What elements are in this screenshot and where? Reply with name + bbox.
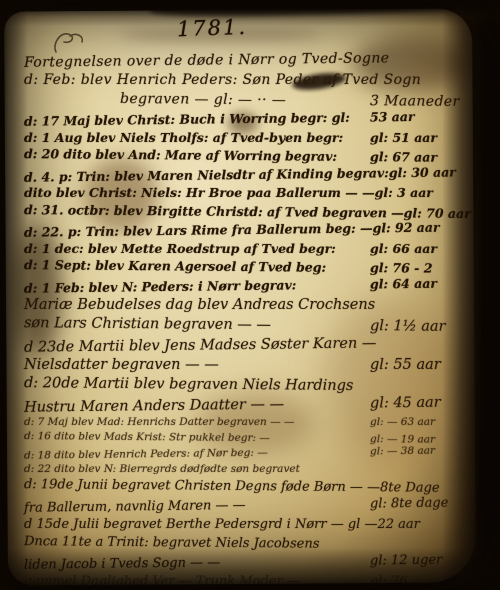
line-age (370, 390, 466, 391)
register-entries: Fortegnelsen over de døde i Nørr og Tved… (24, 50, 466, 590)
line-text: begraven — gl: — ·· — (120, 89, 370, 111)
register-line: Fortegnelsen over de døde i Nørr og Tved… (24, 47, 466, 72)
line-text: Nielsdatter begraven — — (24, 355, 370, 375)
line-age: 22 aar (377, 515, 473, 534)
line-age: gl: 51 aar (370, 129, 466, 148)
line-text: d. 4. p: Trin: blev Maren Nielsdtr af Ki… (24, 164, 389, 187)
register-line: d 23de Martii blev Jens Madses Søster Ka… (24, 332, 466, 357)
line-text: søn Lars Christian begraven — — (24, 313, 370, 336)
line-text: d: Feb: blev Henrich Peders: Søn Peder a… (24, 70, 421, 90)
register-line: d 15de Julii begravet Berthe Pedersgrd i… (24, 515, 466, 534)
line-text: d: 20de Martii blev begraven Niels Hardi… (24, 373, 370, 396)
line-text: d: 7 Maj blev Mad: Henrichs Datter begra… (24, 415, 370, 431)
line-text: d 15de Julii begravet Berthe Pedersgrd i… (24, 515, 377, 534)
line-age: gl: 92 aar (372, 218, 468, 238)
line-age: gl: 66 aar (370, 240, 466, 259)
line-text: d: 1 Aug blev Niels Tholfs: af Tved-byen… (24, 129, 370, 148)
line-age: gl: 8te dage (370, 493, 466, 513)
line-age (370, 548, 466, 549)
line-age: gl: — 38 aar (370, 443, 466, 460)
line-age: gl: 12 uger (370, 550, 466, 570)
line-age: gl: — 63 aar (370, 415, 466, 431)
line-text: Dnca 11te a Trinit: begravet Niels Jacob… (24, 532, 370, 554)
line-text: dito blev Christ: Niels: Hr Broe paa Bal… (24, 184, 375, 203)
register-line: d: Feb: blev Henrich Peders: Søn Peder a… (24, 70, 466, 90)
line-age: gl: 55 aar (370, 355, 466, 375)
register-line: dito blev Christ: Niels: Hr Broe paa Bal… (24, 184, 466, 203)
line-age: 53 aar (370, 107, 466, 127)
line-age: gl: 3 aar (375, 184, 471, 203)
line-age (376, 346, 472, 347)
line-text: d: 19de Junii begravet Christen Degns fø… (24, 475, 380, 497)
line-text: d: 1 Feb: blev N: Peders: i Nørr begrav: (24, 275, 370, 298)
line-text: gammel Daglighed Ver — Trunk Moder — (24, 572, 370, 590)
register-page-photo: 1781. Fortegnelsen over de døde i Nørr o… (0, 0, 500, 590)
register-line: d: 1 dec: blev Mette Roedstrup af Tved b… (24, 240, 466, 259)
line-text: d: 1 dec: blev Mette Roedstrup af Tved b… (24, 240, 370, 259)
register-line: d: 7 Maj blev Mad: Henrichs Datter begra… (24, 415, 466, 431)
line-text: d: 20 dito blev And: Mare af Worring beg… (24, 145, 370, 167)
line-age: gl: 76 (370, 572, 466, 590)
register-line: Mariæ Bebudelses dag blev Andreas Crochs… (24, 295, 466, 315)
line-text: Mariæ Bebudelses dag blev Andreas Crochs… (24, 295, 375, 315)
register-line: Hustru Maren Anders Daatter — —gl: 45 aa… (24, 392, 466, 417)
register-line: Nielsdatter begraven — —gl: 55 aar (24, 355, 466, 375)
line-age: gl: 64 aar (370, 274, 466, 294)
line-text: d: 1 Sept: blev Karen Agersoel af Tved b… (24, 256, 370, 278)
line-age: gl: 30 aar (389, 163, 485, 183)
register-line: d: 1 Aug blev Niels Tholfs: af Tved-byen… (24, 129, 466, 148)
register-line: gammel Daglighed Ver — Trunk Moder —gl: … (24, 572, 466, 590)
line-age: gl: 45 aar (370, 392, 466, 413)
